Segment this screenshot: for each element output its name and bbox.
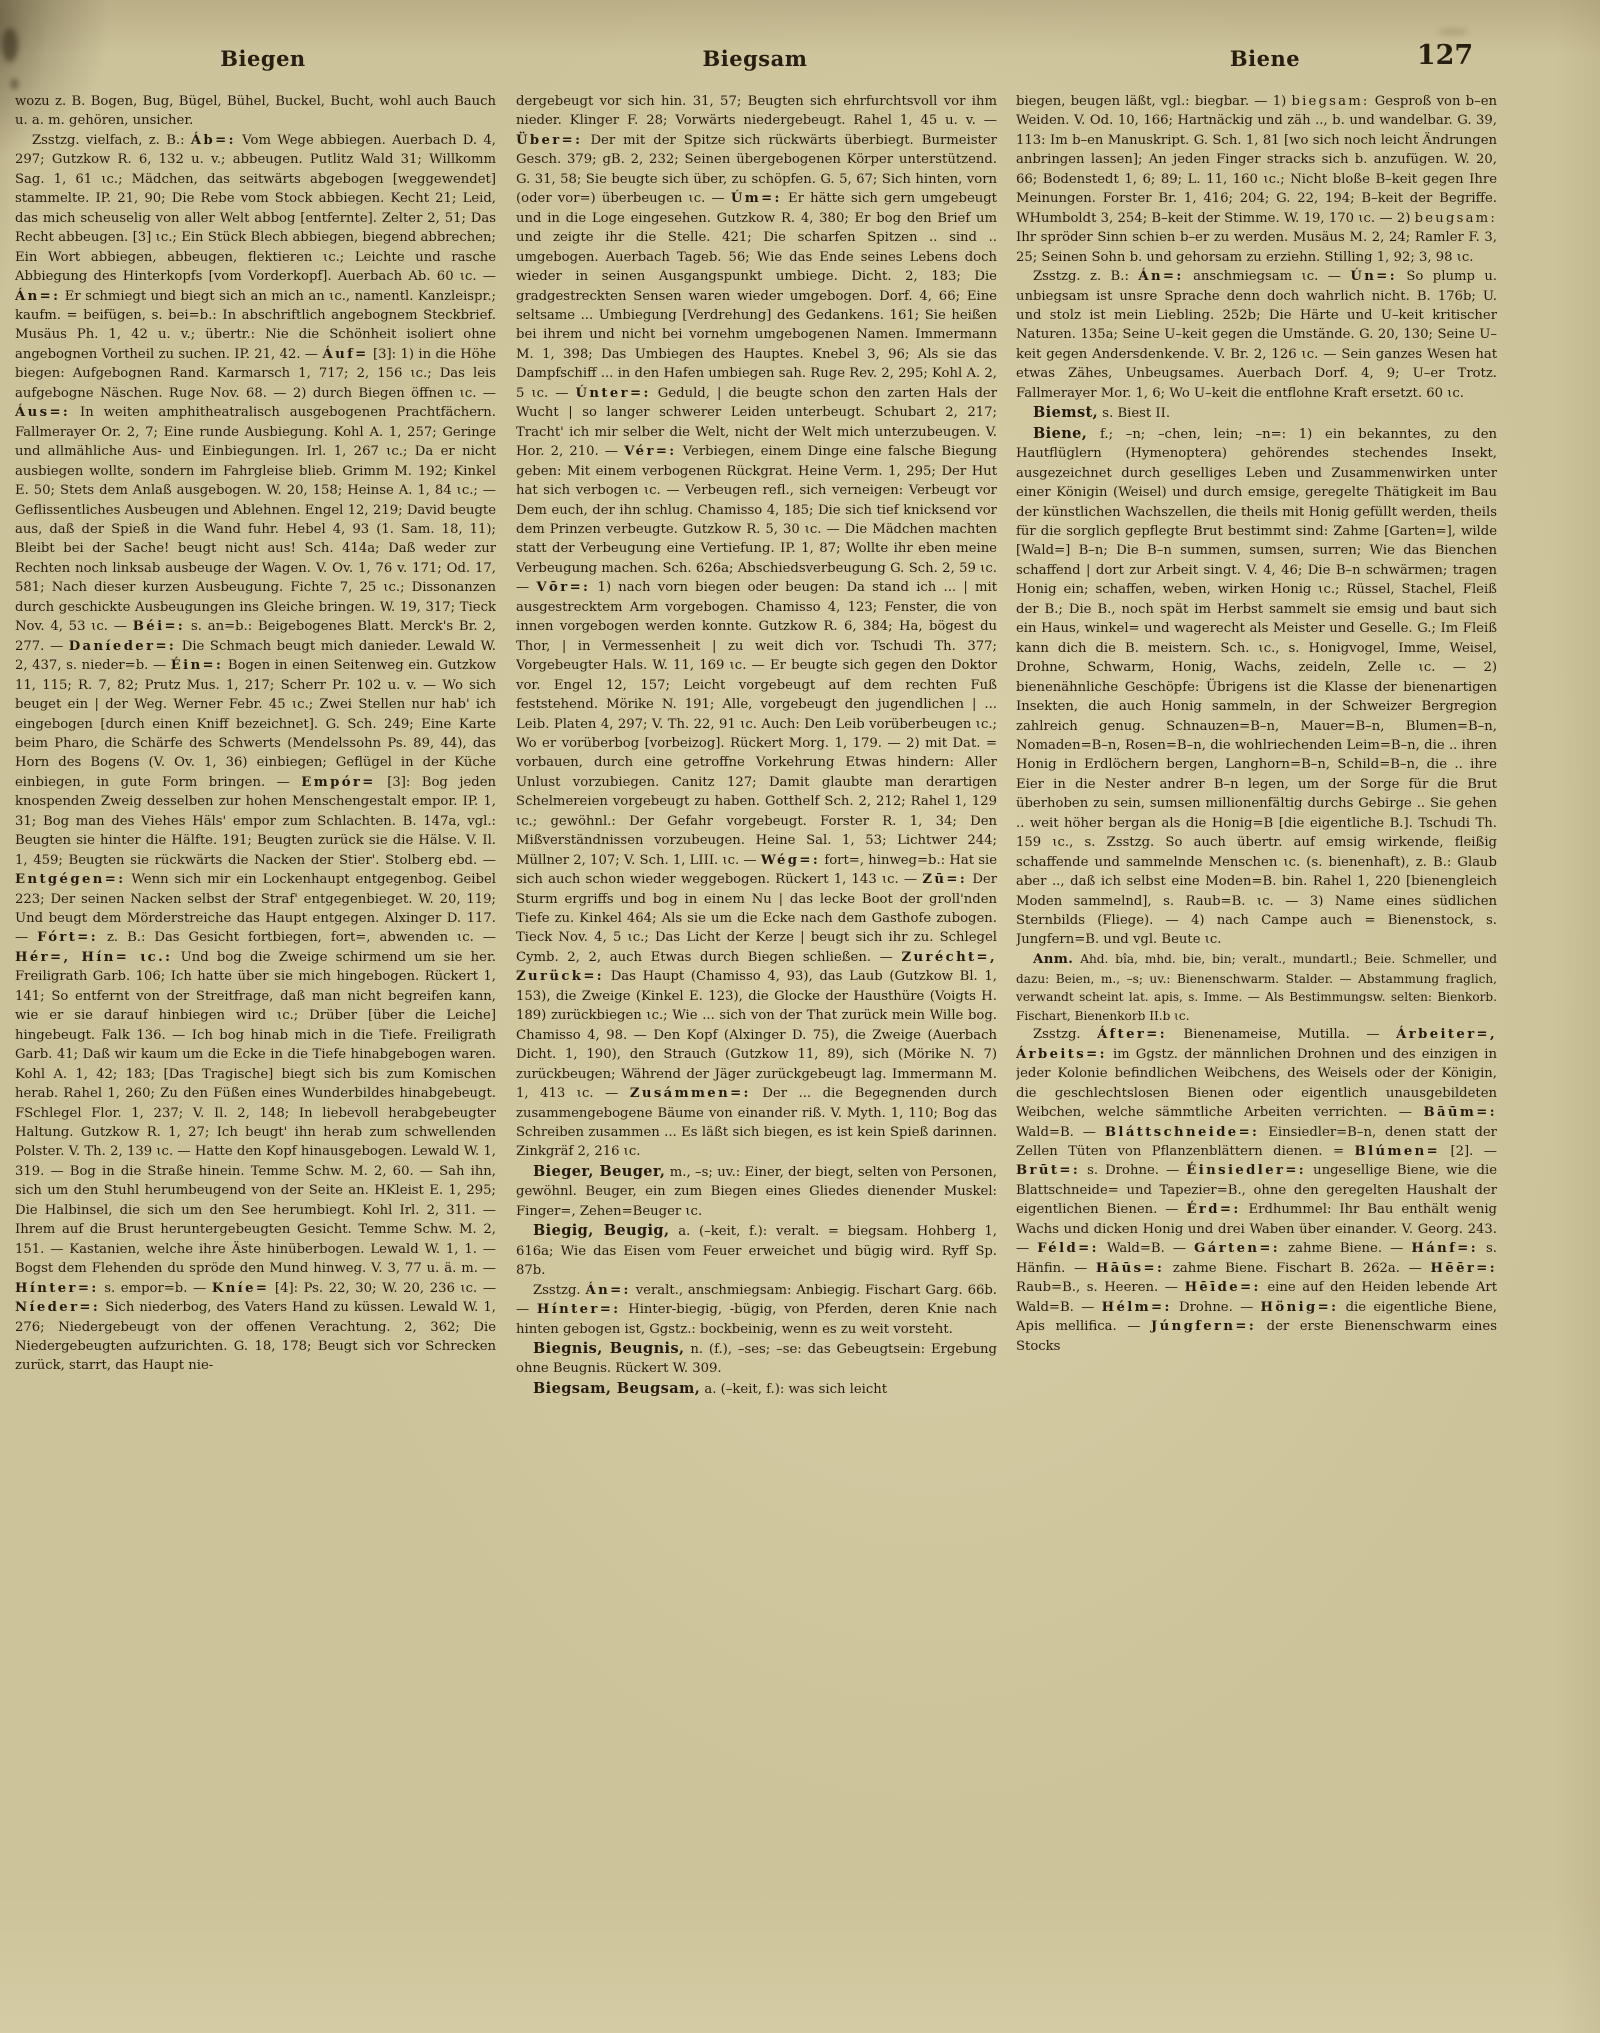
headword-run: Bāūm=: [1423, 1105, 1497, 1120]
headword-run: Biene, [1033, 425, 1087, 442]
text-run: Zsstzg. [533, 1283, 585, 1298]
text-run: Drohne. — [1172, 1300, 1261, 1315]
paragraph: Biegig, Beugig, a. (–keit, f.): veralt. … [516, 1221, 997, 1280]
paragraph: Anm. Ahd. bîa, mhd. bie, bin; veralt., m… [1016, 950, 1497, 1025]
paragraph: biegen, beugen läßt, vgl.: biegbar. — 1)… [1016, 92, 1497, 267]
paragraph: wozu z. B. Bogen, Bug, Bügel, Bühel, Buc… [15, 92, 496, 131]
paragraph: Biegnis, Beugnis, n. (f.), –ses; –se: da… [516, 1339, 997, 1379]
headword-run: Hēīde=: [1185, 1280, 1261, 1295]
headword-run: Anm. [1033, 952, 1073, 967]
text-run: [2]. — [1440, 1144, 1497, 1159]
headword-run: Zusámmen=: [630, 1086, 751, 1101]
text-run: dergebeugt vor sich hin. 31, 57; Beugten… [516, 94, 997, 128]
paragraph: Biemst, s. Biest II. [1016, 403, 1497, 423]
paragraph: Zsstzg. vielfach, z. B.: Áb=: Vom Wege a… [15, 131, 496, 1376]
headword-run: Hélm=: [1102, 1300, 1172, 1315]
headword-run: Zū=: [922, 872, 967, 887]
headword-run: beugsam: [1415, 211, 1497, 226]
headword-run: Érd=: [1186, 1202, 1240, 1217]
text-run: Wald=B. — [1016, 1125, 1105, 1140]
text-run: Das Haupt (Chamisso 4, 93), das Laub (Gu… [516, 969, 997, 1101]
text-run: anschmiegsam ɩc. — [1184, 269, 1351, 284]
headword-run: Áuf= [322, 347, 368, 362]
text-column-2: dergebeugt vor sich hin. 31, 57; Beugten… [516, 92, 997, 1944]
headword-run: Entgégen=: [15, 872, 125, 887]
headword-run: Áb=: [191, 133, 236, 148]
headword-run: Úm=: [731, 191, 782, 206]
headword-run: Daníeder=: [69, 639, 176, 654]
text-run: s. Drohne. — [1080, 1163, 1186, 1178]
text-run: 1) nach vorn biegen oder beugen: Da stan… [516, 580, 997, 867]
text-run: Bienenameise, Mutilla. — [1167, 1027, 1396, 1042]
text-run: So plump u. unbiegsam ist unsre Sprache … [1016, 269, 1497, 401]
headword-run: Án=: [585, 1283, 630, 1298]
headword-run: Áfter=: [1097, 1027, 1167, 1042]
headword-run: Wég=: [761, 853, 820, 868]
text-run: Ahd. bîa, mhd. bie, bin; veralt., mundar… [1016, 952, 1497, 1023]
scan-edge-smudge [2, 28, 18, 62]
paragraph: dergebeugt vor sich hin. 31, 57; Beugten… [516, 92, 997, 1162]
headword-run: Án=: [15, 289, 60, 304]
headword-run: Áus=: [15, 405, 70, 420]
text-run: Raub=B., s. Heeren. — [1016, 1280, 1185, 1295]
paragraph: Zsstzg. Án=: veralt., anschmiegsam: Anbi… [516, 1281, 997, 1339]
headword-run: Hēēr=: [1430, 1261, 1497, 1276]
running-header-biegen: Biegen [153, 46, 373, 71]
text-run: Und bog die Zweige schirmend um sie her.… [15, 950, 496, 1276]
headword-run: Hánf=: [1411, 1241, 1478, 1256]
headword-run: Fórt=: [37, 930, 98, 945]
headword-run: Án=: [1138, 269, 1183, 284]
headword-run: Vōr=: [536, 580, 590, 595]
text-run: zahme Biene. — [1280, 1241, 1411, 1256]
headword-run: Béi=: [133, 619, 185, 634]
headword-run: Kníe= [212, 1281, 270, 1296]
text-run: Zsstzg. vielfach, z. B.: [32, 133, 191, 148]
text-run: Bogen in einen Seitenweg ein. Gutzkow 11… [15, 658, 496, 790]
paragraph: Zsstzg. Áfter=: Bienenameise, Mutilla. —… [1016, 1025, 1497, 1356]
headword-run: Éinsiedler=: [1186, 1163, 1306, 1178]
headword-run: Empór= [301, 775, 375, 790]
scanned-dictionary-page: { "page": { "number": "127", "headers": … [0, 0, 1600, 2033]
text-run: biegen, beugen läßt, vgl.: biegbar. — 1) [1016, 94, 1291, 109]
headword-run: Bláttschneide=: [1105, 1125, 1259, 1140]
headword-run: Éin=: [171, 658, 224, 673]
headword-run: Júngfern=: [1151, 1319, 1256, 1334]
text-run: zahme Biene. Fischart B. 262a. — [1164, 1261, 1430, 1276]
text-run: Gesproß von b–en Weiden. V. Od. 10, 166;… [1016, 94, 1497, 226]
headword-run: Hér=, Hín= ɩc.: [15, 950, 172, 965]
text-run: [4]: Ps. 22, 30; W. 20, 236 ɩc. — [269, 1281, 496, 1296]
headword-run: Über=: [516, 133, 582, 148]
text-run: In weiten amphitheatralisch ausgebogenen… [15, 405, 496, 634]
headword-run: Níeder=: [15, 1300, 100, 1315]
headword-run: Biegsam, Beugsam, [533, 1380, 700, 1397]
headword-run: Únter=: [576, 386, 651, 401]
headword-run: Gárten=: [1194, 1241, 1280, 1256]
running-header-biene: Biene [1155, 46, 1375, 71]
text-run: a. (–keit, f.): was sich leicht [700, 1382, 887, 1397]
text-run: Vom Wege abbiegen. Auerbach D. 4, 297; G… [15, 133, 496, 284]
text-run: s. empor=b. — [99, 1281, 212, 1296]
text-run: z. B.: Das Gesicht fortbiegen, fort=, ab… [98, 930, 496, 945]
text-run: Verbiegen, einem Dinge eine falsche Bieg… [516, 444, 997, 595]
text-run: Er hätte sich gern umgebeugt und in die … [516, 191, 997, 401]
text-run: Zsstzg. [1033, 1027, 1097, 1042]
headword-run: Vér=: [624, 444, 676, 459]
paragraph: Biene, f.; –n; –chen, lein; –n=: 1) ein … [1016, 424, 1497, 950]
paragraph: Biegsam, Beugsam, a. (–keit, f.): was si… [516, 1379, 997, 1399]
headword-run: Hāūs=: [1096, 1261, 1164, 1276]
headword-run: Biemst, [1033, 404, 1098, 421]
text-column-3: biegen, beugen läßt, vgl.: biegbar. — 1)… [1016, 92, 1497, 1808]
scan-edge-smudge [10, 78, 19, 90]
headword-run: Hínter=: [537, 1302, 621, 1317]
headword-run: Hínter=: [15, 1281, 99, 1296]
headword-run: biegsam: [1291, 94, 1369, 109]
headword-run: Biegnis, Beugnis, [533, 1340, 685, 1357]
headword-run: Bieger, Beuger, [533, 1163, 665, 1180]
text-run: Wald=B. — [1099, 1241, 1194, 1256]
headword-run: Blúmen= [1355, 1144, 1441, 1159]
page-number: 127 [1395, 40, 1495, 71]
text-column-1: wozu z. B. Bogen, Bug, Bügel, Bühel, Buc… [15, 92, 496, 1842]
text-run: Ihr spröder Sinn schien b–er zu werden. … [1016, 230, 1497, 264]
running-header-biegsam: Biegsam [645, 46, 865, 71]
headword-run: Brūt=: [1016, 1163, 1080, 1178]
text-run: Zsstzg. z. B.: [1033, 269, 1138, 284]
paragraph: Bieger, Beuger, m., –s; uv.: Einer, der … [516, 1162, 997, 1221]
scan-smudge [1438, 28, 1468, 36]
text-run: s. Biest II. [1098, 406, 1170, 421]
headword-run: Hönig=: [1261, 1300, 1339, 1315]
text-run: f.; –n; –chen, lein; –n=: 1) ein bekannt… [1016, 427, 1497, 948]
headword-run: Biegig, Beugig, [533, 1222, 669, 1239]
paragraph: Zsstzg. z. B.: Án=: anschmiegsam ɩc. — Ú… [1016, 267, 1497, 403]
headword-run: Ún=: [1350, 269, 1397, 284]
text-run: wozu z. B. Bogen, Bug, Bügel, Bühel, Buc… [15, 94, 496, 128]
headword-run: Féld=: [1037, 1241, 1099, 1256]
